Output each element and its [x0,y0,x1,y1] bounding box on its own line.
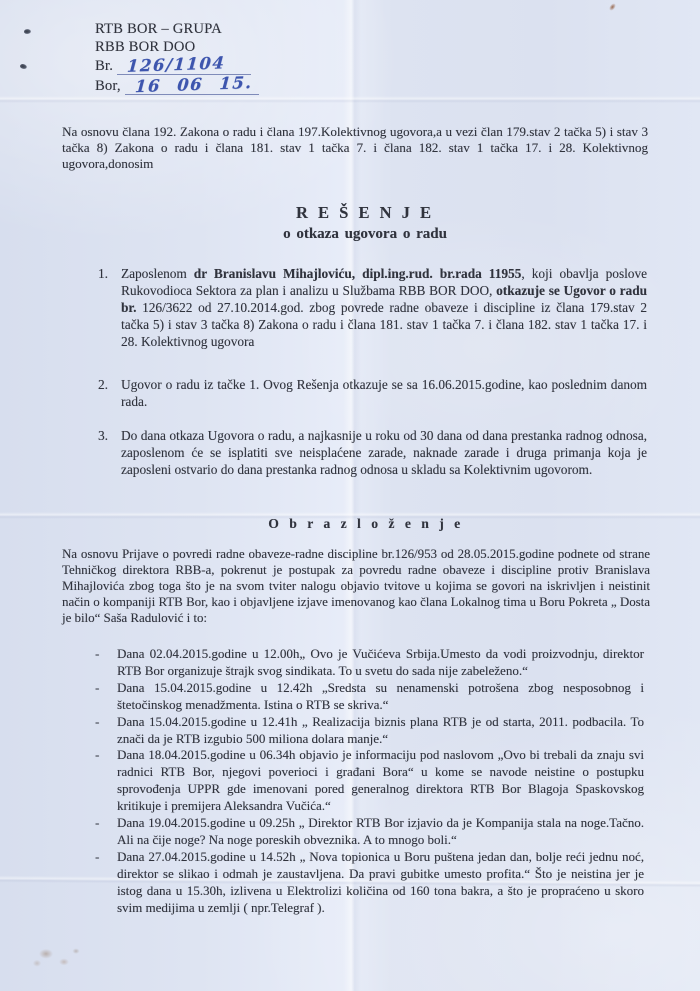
item-text: Zaposlenom dr Branislavu Mihajloviću, di… [121,265,647,350]
item-text: Ugovor o radu iz tačke 1. Ovog Rešenja o… [121,376,647,410]
number-rule-line: 126/1104 [117,57,251,75]
dash-marker: - [95,646,107,680]
reasoning-heading: O b r a z l o ž e n j e [30,516,700,532]
dash-marker: - [95,680,107,714]
tweet-list: - Dana 02.04.2015.godine u 12.00h„ Ovo j… [95,646,644,917]
company-name-line2: RBB BOR DOO [95,39,259,57]
tweet-text: Dana 19.04.2015.godine u 09.25h „ Direkt… [117,815,644,849]
tweet-item: - Dana 15.04.2015.godine u 12.42h „Sreds… [95,680,644,714]
number-label: Br. [95,58,113,74]
tweet-text: Dana 18.04.2015.godine u 06.34h objavio … [117,747,644,815]
item1-text-segment: 126/3622 od 27.10.2014.god. zbog povrede… [121,300,647,349]
tweet-text: Dana 15.04.2015.godine u 12.42h „Sredsta… [117,680,644,714]
paper-stain [28,943,88,970]
decision-item-1: 1. Zaposlenom dr Branislavu Mihajloviću,… [98,265,647,350]
legal-basis-paragraph: Na osnovu člana 192. Zakona o radu i čla… [62,124,648,172]
item1-employee-name-bold: dr Branislavu Mihajloviću, dipl.ing.rud.… [194,266,522,281]
staple-mark [24,29,31,34]
title-block: R E Š E N J E o otkaza ugovora o radu [30,203,700,243]
tweet-text: Dana 15.04.2015.godine u 12.41h „ Realiz… [117,714,644,748]
scanned-document-page: RTB BOR – GRUPA RBB BOR DOO Br.126/1104 … [0,0,700,991]
dash-marker: - [95,815,107,849]
company-name-line1: RTB BOR – GRUPA [95,21,259,39]
dash-marker: - [95,714,107,748]
tweet-item: - Dana 18.04.2015.godine u 06.34h objavi… [95,747,644,815]
place-label: Bor, [95,78,121,94]
tweet-item: - Dana 15.04.2015.godine u 12.41h „ Real… [95,714,644,748]
handwritten-date: 16 06 15. [134,74,253,93]
horizontal-crease [0,96,700,103]
tweet-text: Dana 02.04.2015.godine u 12.00h„ Ovo je … [117,646,644,680]
staple-mark [19,63,27,70]
letterhead: RTB BOR – GRUPA RBB BOR DOO Br.126/1104 … [95,21,259,95]
tweet-item: - Dana 02.04.2015.godine u 12.00h„ Ovo j… [95,646,644,680]
item-number: 3. [98,427,113,478]
item-text: Do dana otkaza Ugovora o radu, a najkasn… [121,427,647,478]
reasoning-intro-paragraph: Na osnovu Prijave o povredi radne obavez… [62,547,650,627]
decision-item-3: 3. Do dana otkaza Ugovora o radu, a najk… [98,427,647,478]
decision-item-2: 2. Ugovor o radu iz tačke 1. Ovog Rešenj… [98,376,647,410]
tweet-item: - Dana 19.04.2015.godine u 09.25h „ Dire… [95,815,644,849]
document-subtitle: o otkaza ugovora o radu [30,226,700,243]
date-line: Bor,16 06 15. [95,77,259,96]
tweet-item: - Dana 27.04.2015.godine u 14.52h „ Nova… [95,849,644,917]
dash-marker: - [95,747,107,815]
paper-speck [608,2,617,11]
item1-text-segment: Zaposlenom [121,266,194,281]
tweet-text: Dana 27.04.2015.godine u 14.52h „ Nova t… [117,849,644,917]
handwritten-document-number: 126/1104 [127,55,226,73]
item-number: 2. [98,376,113,410]
document-title: R E Š E N J E [30,203,700,223]
dash-marker: - [95,849,107,917]
date-rule-line: 16 06 15. [125,77,259,95]
item-number: 1. [98,265,113,350]
